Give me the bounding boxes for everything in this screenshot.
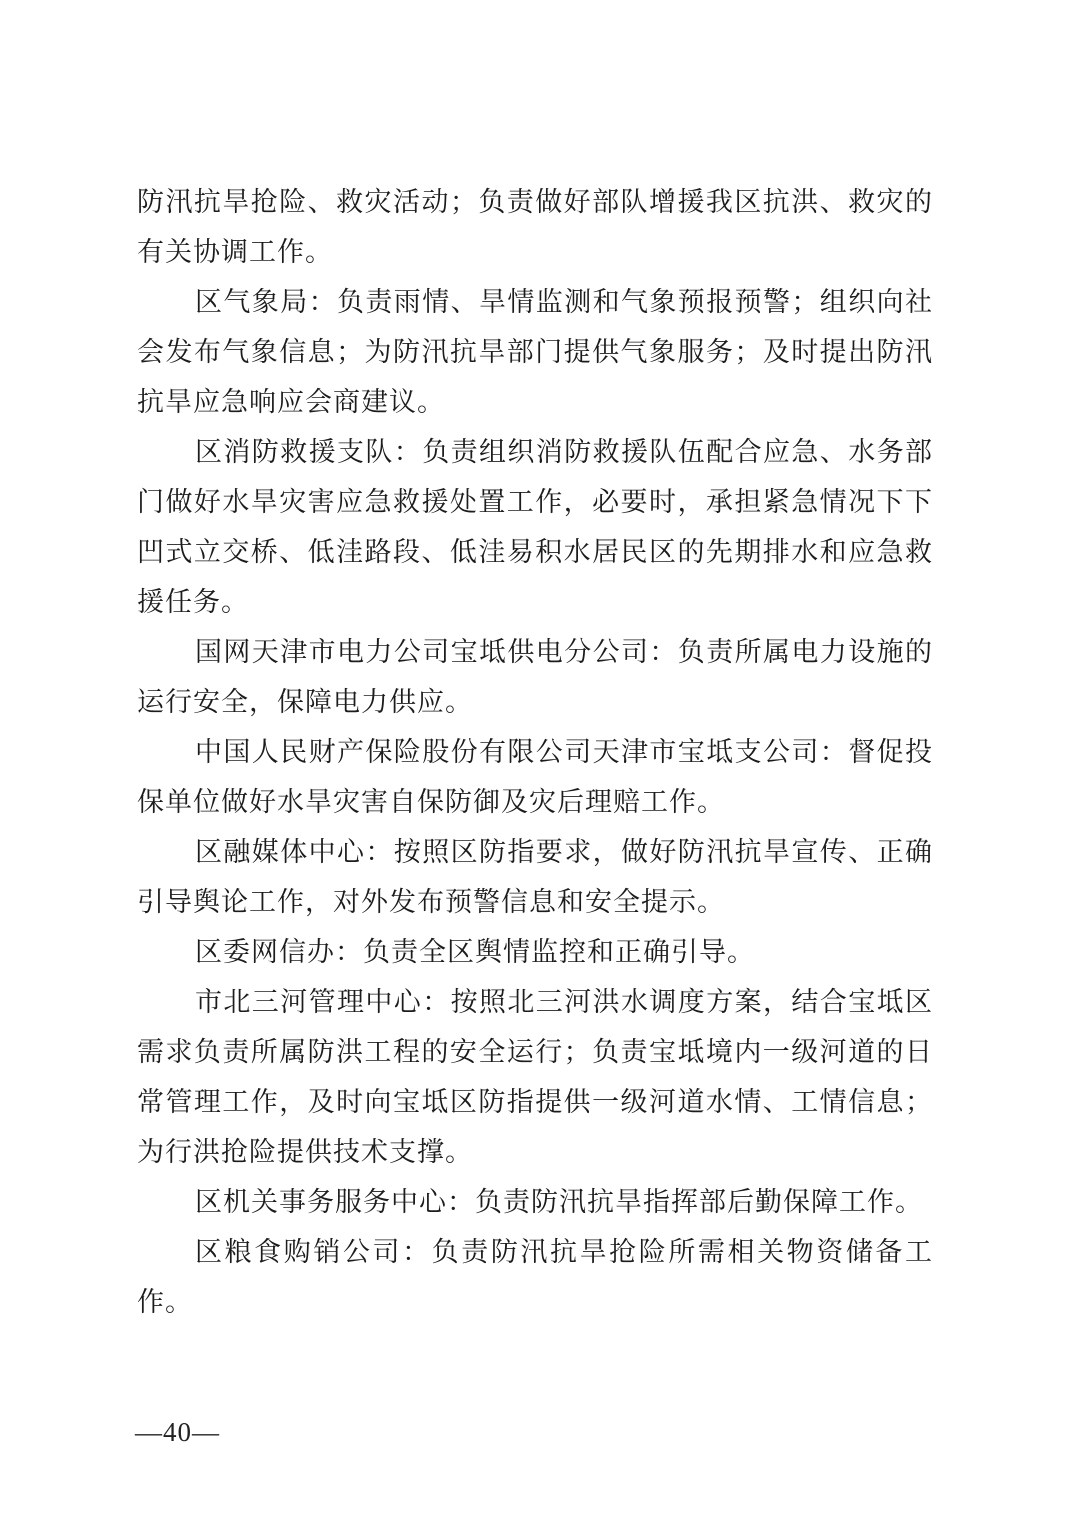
text-line: 常管理工作，及时向宝坻区防指提供一级河道水情、工情信息； bbox=[137, 1077, 932, 1127]
text-line: 区融媒体中心：按照区防指要求，做好防汛抗旱宣传、正确 bbox=[137, 827, 932, 877]
text-line: 区委网信办：负责全区舆情监控和正确引导。 bbox=[137, 927, 932, 977]
text-line: 区粮食购销公司：负责防汛抗旱抢险所需相关物资储备工 bbox=[137, 1227, 932, 1277]
text-line: 凹式立交桥、低洼路段、低洼易积水居民区的先期排水和应急救 bbox=[137, 527, 932, 577]
text-line: 会发布气象信息；为防汛抗旱部门提供气象服务；及时提出防汛 bbox=[137, 327, 932, 377]
document-page: 防汛抗旱抢险、救灾活动；负责做好部队增援我区抗洪、救灾的 有关协调工作。 区气象… bbox=[0, 0, 1074, 1520]
text-line: 运行安全，保障电力供应。 bbox=[137, 677, 932, 727]
text-line: 为行洪抢险提供技术支撑。 bbox=[137, 1127, 932, 1177]
text-line: 国网天津市电力公司宝坻供电分公司：负责所属电力设施的 bbox=[137, 627, 932, 677]
text-line: 门做好水旱灾害应急救援处置工作，必要时，承担紧急情况下下 bbox=[137, 477, 932, 527]
text-line: 区消防救援支队：负责组织消防救援队伍配合应急、水务部 bbox=[137, 427, 932, 477]
text-line: 区机关事务服务中心：负责防汛抗旱指挥部后勤保障工作。 bbox=[137, 1177, 932, 1227]
text-line: 援任务。 bbox=[137, 577, 932, 627]
text-line: 区气象局：负责雨情、旱情监测和气象预报预警；组织向社 bbox=[137, 277, 932, 327]
document-body: 防汛抗旱抢险、救灾活动；负责做好部队增援我区抗洪、救灾的 有关协调工作。 区气象… bbox=[137, 177, 932, 1327]
text-line: 作。 bbox=[137, 1277, 932, 1327]
text-line: 市北三河管理中心：按照北三河洪水调度方案，结合宝坻区 bbox=[137, 977, 932, 1027]
text-line: 有关协调工作。 bbox=[137, 227, 932, 277]
page-number: —40— bbox=[135, 1414, 220, 1450]
text-line: 抗旱应急响应会商建议。 bbox=[137, 377, 932, 427]
text-line: 中国人民财产保险股份有限公司天津市宝坻支公司：督促投 bbox=[137, 727, 932, 777]
text-line: 引导舆论工作，对外发布预警信息和安全提示。 bbox=[137, 877, 932, 927]
text-line: 需求负责所属防洪工程的安全运行；负责宝坻境内一级河道的日 bbox=[137, 1027, 932, 1077]
text-line: 防汛抗旱抢险、救灾活动；负责做好部队增援我区抗洪、救灾的 bbox=[137, 177, 932, 227]
text-line: 保单位做好水旱灾害自保防御及灾后理赔工作。 bbox=[137, 777, 932, 827]
